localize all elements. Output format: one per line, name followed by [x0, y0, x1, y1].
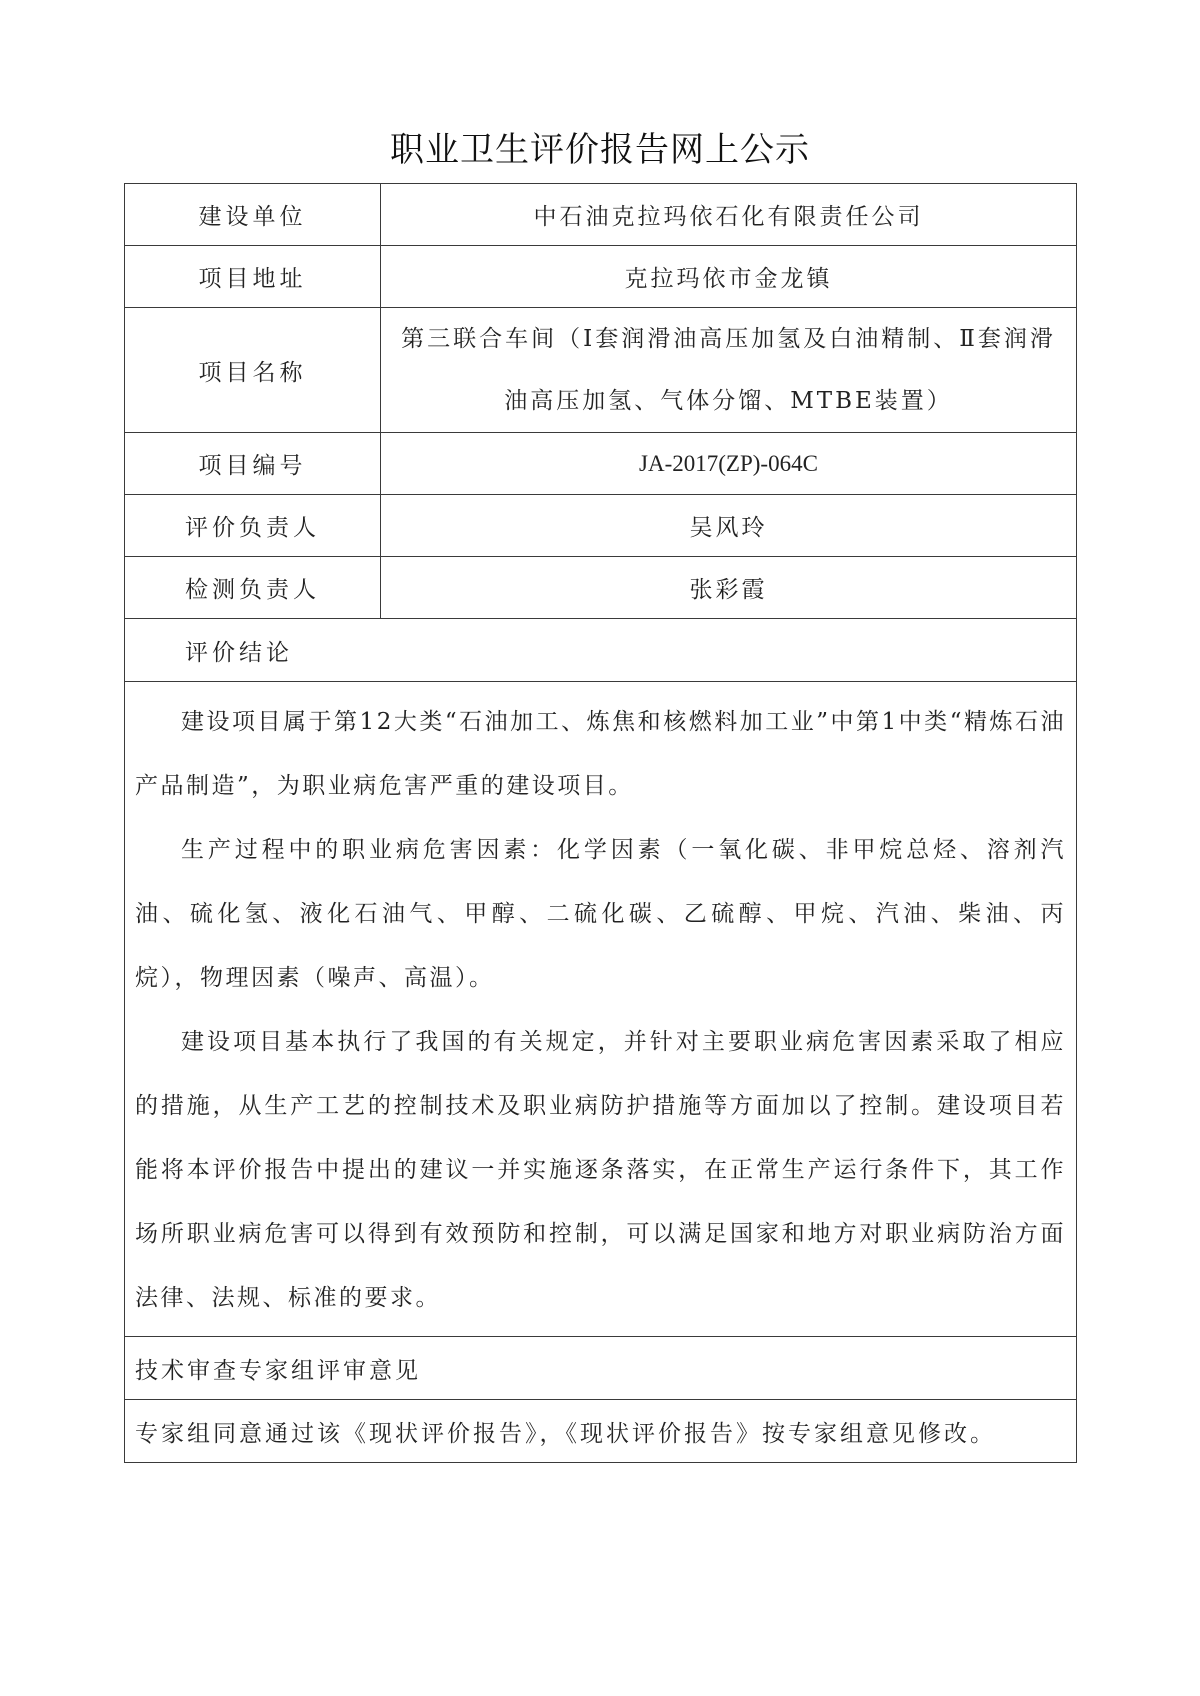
row-evaluation-lead: 评价负责人 吴风玲 — [125, 495, 1077, 557]
value-project-number: JA-2017(ZP)-064C — [381, 433, 1077, 495]
value-testing-lead: 张彩霞 — [381, 557, 1077, 619]
label-project-number: 项目编号 — [125, 433, 381, 495]
conclusion-paragraph-1: 建设项目属于第12大类“石油加工、炼焦和核燃料加工业”中第1中类“精炼石油产品制… — [135, 690, 1066, 818]
conclusion-paragraph-2: 生产过程中的职业病危害因素：化学因素（一氧化碳、非甲烷总烃、溶剂汽油、硫化氢、液… — [135, 818, 1066, 1010]
expert-review-heading: 技术审查专家组评审意见 — [125, 1337, 1077, 1400]
value-project-name: 第三联合车间（Ⅰ套润滑油高压加氢及白油精制、Ⅱ套润滑油高压加氢、气体分馏、MTB… — [381, 308, 1077, 433]
label-construction-unit: 建设单位 — [125, 184, 381, 246]
label-project-name: 项目名称 — [125, 308, 381, 433]
row-expert-heading: 技术审查专家组评审意见 — [125, 1337, 1077, 1400]
label-testing-lead: 检测负责人 — [125, 557, 381, 619]
row-construction-unit: 建设单位 中石油克拉玛依石化有限责任公司 — [125, 184, 1077, 246]
value-construction-unit: 中石油克拉玛依石化有限责任公司 — [381, 184, 1077, 246]
row-testing-lead: 检测负责人 张彩霞 — [125, 557, 1077, 619]
row-project-number: 项目编号 JA-2017(ZP)-064C — [125, 433, 1077, 495]
expert-review-opinion: 专家组同意通过该《现状评价报告》，《现状评价报告》按专家组意见修改。 — [125, 1400, 1077, 1463]
conclusion-body: 建设项目属于第12大类“石油加工、炼焦和核燃料加工业”中第1中类“精炼石油产品制… — [125, 682, 1077, 1337]
report-table: 建设单位 中石油克拉玛依石化有限责任公司 项目地址 克拉玛依市金龙镇 项目名称 … — [124, 183, 1077, 1463]
value-evaluation-lead: 吴风玲 — [381, 495, 1077, 557]
label-evaluation-lead: 评价负责人 — [125, 495, 381, 557]
conclusion-paragraph-3: 建设项目基本执行了我国的有关规定，并针对主要职业病危害因素采取了相应的措施，从生… — [135, 1010, 1066, 1330]
conclusion-heading: 评价结论 — [125, 619, 1077, 682]
row-project-name: 项目名称 第三联合车间（Ⅰ套润滑油高压加氢及白油精制、Ⅱ套润滑油高压加氢、气体分… — [125, 308, 1077, 433]
row-conclusion-body: 建设项目属于第12大类“石油加工、炼焦和核燃料加工业”中第1中类“精炼石油产品制… — [125, 682, 1077, 1337]
page-title: 职业卫生评价报告网上公示 — [0, 128, 1200, 172]
row-conclusion-heading: 评价结论 — [125, 619, 1077, 682]
row-expert-opinion: 专家组同意通过该《现状评价报告》，《现状评价报告》按专家组意见修改。 — [125, 1400, 1077, 1463]
value-project-address: 克拉玛依市金龙镇 — [381, 246, 1077, 308]
label-project-address: 项目地址 — [125, 246, 381, 308]
row-project-address: 项目地址 克拉玛依市金龙镇 — [125, 246, 1077, 308]
